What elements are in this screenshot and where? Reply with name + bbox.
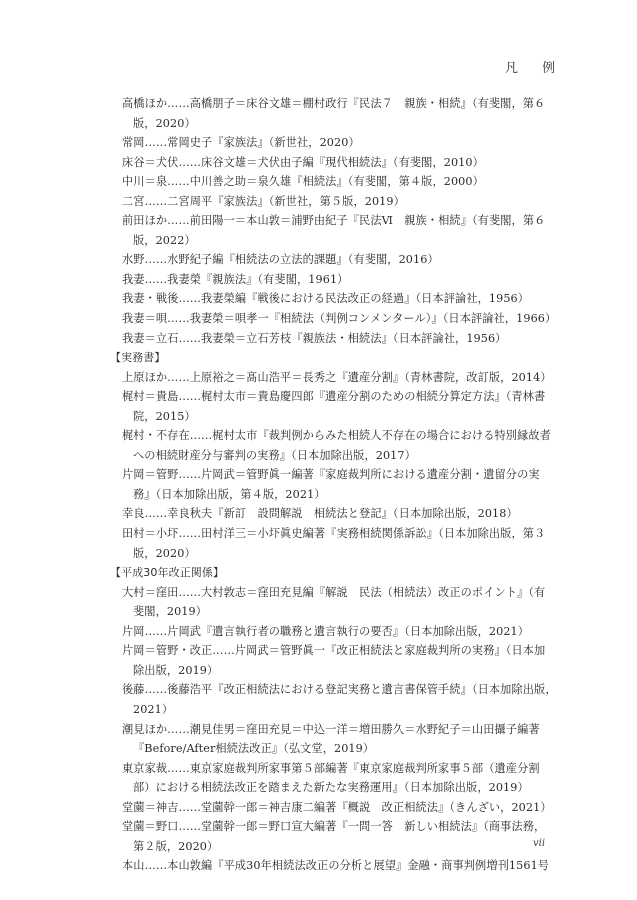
list-item: 我妻……我妻榮『親族法』（有斐閣，1961） (110, 270, 555, 290)
list-item-continuation: 部）における相続法改正を踏まえた新たな実務運用』（日本加除出版，2019） (110, 778, 555, 798)
list-item: 田村＝小圷……田村洋三＝小圷眞史編著『実務相続関係訴訟』（日本加除出版，第３ (110, 524, 555, 544)
list-item-continuation: 第２版，2020） (110, 837, 555, 857)
list-item: 幸良……幸良秋夫『新訂 設問解説 相続法と登記』（日本加除出版，2018） (110, 504, 555, 524)
section-heading-2018-revision: 【平成30年改正関係】 (110, 563, 555, 583)
list-item-continuation: 除出版，2019） (110, 661, 555, 681)
list-item: 上原ほか……上原裕之＝髙山浩平＝長秀之『遺産分割』（青林書院，改訂版，2014） (110, 368, 555, 388)
list-item: 常岡……常岡史子『家族法』（新世社，2020） (110, 133, 555, 153)
list-item: 水野……水野紀子編『相続法の立法的課題』（有斐閣，2016） (110, 250, 555, 270)
page-number: vii (533, 838, 545, 849)
list-item: 我妻＝唄……我妻榮＝唄孝一『相続法（判例コンメンタール）』（日本評論社，1966… (110, 309, 555, 329)
running-head: 凡 例 (505, 57, 565, 76)
section-heading-practice-books: 【実務書】 (110, 348, 555, 368)
list-item: 梶村＝貴島……梶村太市＝貴島慶四郎『遺産分割のための相続分算定方法』（青林書 (110, 387, 555, 407)
list-item-continuation: 版，2020） (110, 544, 555, 564)
list-item: 後藤……後藤浩平『改正相続法における登記実務と遺言書保管手続』（日本加除出版， (110, 680, 555, 700)
list-item: 我妻・戦後……我妻榮編『戦後における民法改正の経過』（日本評論社，1956） (110, 289, 555, 309)
list-item-continuation: 院，2015） (110, 407, 555, 427)
list-item: 前田ほか……前田陽一＝本山敦＝浦野由紀子『民法Ⅵ 親族・相続』（有斐閣，第６ (110, 211, 555, 231)
list-item: 片岡＝管野・改正……片岡武＝管野眞一『改正相続法と家庭裁判所の実務』（日本加 (110, 641, 555, 661)
list-item-continuation: 斐閣，2019） (110, 602, 555, 622)
list-item: 梶村・不存在……梶村太市『裁判例からみた相続人不存在の場合における特別縁故者 (110, 426, 555, 446)
list-item: 大村＝窪田……大村敦志＝窪田充見編『解説 民法（相続法）改正のポイント』（有 (110, 583, 555, 603)
list-item: 中川＝泉……中川善之助＝泉久雄『相続法』（有斐閣，第４版，2000） (110, 172, 555, 192)
list-item-continuation: 『Before/After相続法改正』（弘文堂，2019） (110, 739, 555, 759)
list-item-continuation: 務』（日本加除出版，第４版，2021） (110, 485, 555, 505)
list-item: 本山……本山敦編『平成30年相続法改正の分析と展望』金融・商事判例増刊1561号 (110, 856, 555, 876)
list-item-continuation: 版，2022） (110, 231, 555, 251)
list-item: 二宮……二宮周平『家族法』（新世社，第５版，2019） (110, 192, 555, 212)
list-item-continuation: 版，2020） (110, 114, 555, 134)
list-item-continuation: 2021） (110, 700, 555, 720)
list-item: 東京家裁……東京家庭裁判所家事第５部編著『東京家庭裁判所家事５部（遺産分割 (110, 759, 555, 779)
list-item: 片岡＝管野……片岡武＝管野眞一編著『家庭裁判所における遺産分割・遺留分の実 (110, 465, 555, 485)
list-item: 高橋ほか……高橋朋子＝床谷文雄＝棚村政行『民法７ 親族・相続』（有斐閣，第６ (110, 94, 555, 114)
bibliography-list: 高橋ほか……高橋朋子＝床谷文雄＝棚村政行『民法７ 親族・相続』（有斐閣，第６ 版… (110, 94, 555, 876)
list-item-continuation: への相続財産分与審判の実務』（日本加除出版，2017） (110, 446, 555, 466)
list-item: 潮見ほか……潮見佳男＝窪田充見＝中込一洋＝増田勝久＝水野紀子＝山田攝子編著 (110, 720, 555, 740)
list-item: 堂薗＝野口……堂薗幹一郎＝野口宣大編著『一問一答 新しい相続法』（商事法務， (110, 817, 555, 837)
list-item: 片岡……片岡武『遺言執行者の職務と遺言執行の要否』（日本加除出版，2021） (110, 622, 555, 642)
list-item: 堂薗＝神吉……堂薗幹一郎＝神吉康二編著『概説 改正相続法』（きんざい，2021） (110, 798, 555, 818)
list-item: 我妻＝立石……我妻榮＝立石芳枝『親族法・相続法』（日本評論社，1956） (110, 329, 555, 349)
list-item: 床谷＝犬伏……床谷文雄＝犬伏由子編『現代相続法』（有斐閣，2010） (110, 153, 555, 173)
